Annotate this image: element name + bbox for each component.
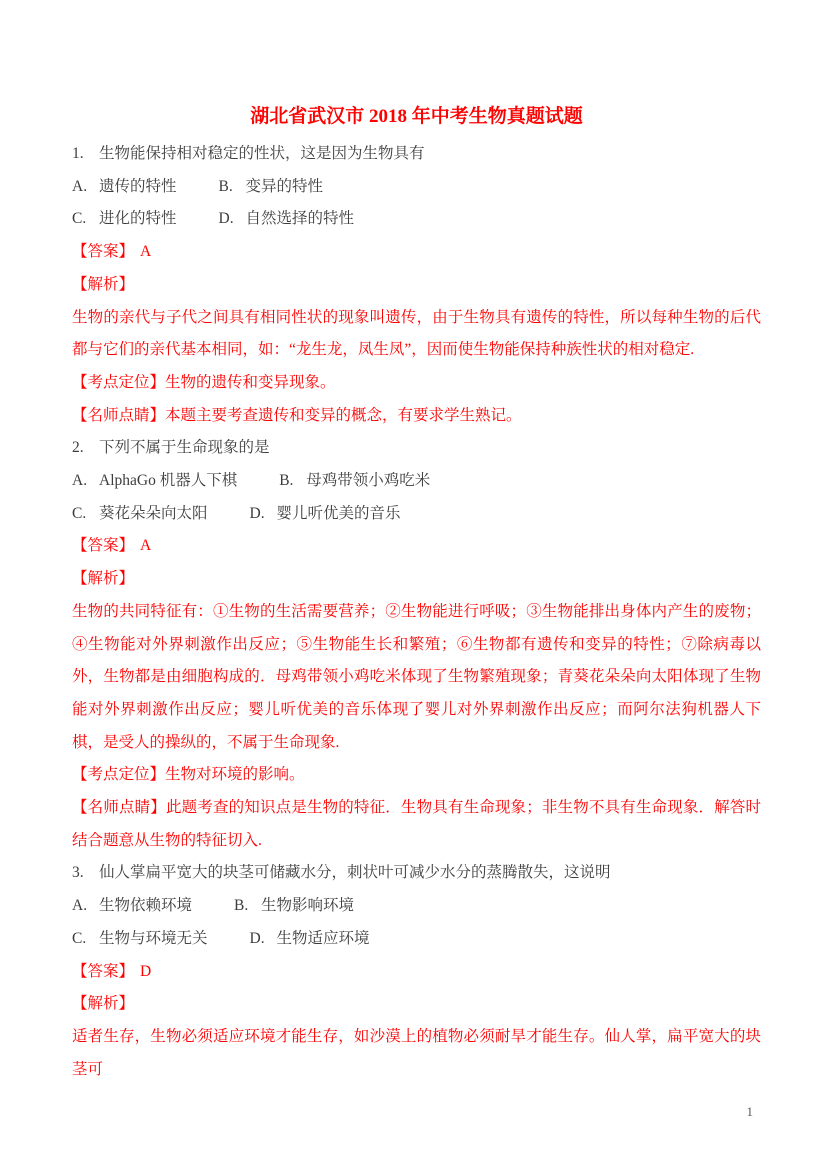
question-2-stem: 2.下列不属于生命现象的是 bbox=[72, 432, 761, 465]
question-3-analysis-text: 适者生存，生物必须适应环境才能生存，如沙漠上的植物必须耐旱才能生存。仙人掌，扁平… bbox=[72, 1021, 761, 1086]
option-text: 进化的特性 bbox=[99, 210, 177, 227]
option-c: C.葵花朵朵向太阳 bbox=[72, 505, 208, 522]
option-d: D.生物适应环境 bbox=[250, 930, 370, 947]
question-3-options-row-2: C.生物与环境无关D.生物适应环境 bbox=[72, 923, 761, 956]
option-label: A. bbox=[72, 890, 99, 923]
option-label: C. bbox=[72, 498, 99, 531]
question-1-stem: 1.生物能保持相对稳定的性状，这是因为生物具有 bbox=[72, 138, 761, 171]
analysis-label: 【解析】 bbox=[72, 276, 134, 293]
question-stem-text: 下列不属于生命现象的是 bbox=[99, 439, 270, 456]
question-2: 2.下列不属于生命现象的是 A.AlphaGo 机器人下棋B.母鸡带领小鸡吃米 … bbox=[72, 432, 761, 857]
question-2-options-row-1: A.AlphaGo 机器人下棋B.母鸡带领小鸡吃米 bbox=[72, 465, 761, 498]
option-b: B.生物影响环境 bbox=[234, 897, 354, 914]
question-1-analysis-label: 【解析】 bbox=[72, 269, 761, 302]
exam-point-label: 【考点定位】 bbox=[72, 374, 165, 391]
analysis-label: 【解析】 bbox=[72, 995, 134, 1012]
question-2-analysis-label: 【解析】 bbox=[72, 563, 761, 596]
question-3-analysis-label: 【解析】 bbox=[72, 988, 761, 1021]
teacher-note-text: 本题主要考查遗传和变异的概念，有要求学生熟记。 bbox=[165, 407, 522, 424]
question-2-teacher-note: 【名师点睛】此题考查的知识点是生物的特征．生物具有生命现象；非生物不具有生命现象… bbox=[72, 792, 761, 857]
option-text: 自然选择的特性 bbox=[246, 210, 355, 227]
question-1: 1.生物能保持相对稳定的性状，这是因为生物具有 A.遗传的特性B.变异的特性 C… bbox=[72, 138, 761, 432]
option-b: B.变异的特性 bbox=[219, 178, 324, 195]
teacher-note-label: 【名师点睛】 bbox=[72, 799, 166, 816]
document-title: 湖北省武汉市 2018 年中考生物真题试题 bbox=[72, 0, 761, 132]
option-c: C.生物与环境无关 bbox=[72, 930, 208, 947]
question-3: 3.仙人掌扁平宽大的块茎可储藏水分，刺状叶可减少水分的蒸腾散失，这说明 A.生物… bbox=[72, 857, 761, 1086]
question-3-options-row-1: A.生物依赖环境B.生物影响环境 bbox=[72, 890, 761, 923]
option-d: D.自然选择的特性 bbox=[219, 210, 355, 227]
option-a: A.生物依赖环境 bbox=[72, 897, 192, 914]
option-label: A. bbox=[72, 465, 99, 498]
question-1-options-row-2: C.进化的特性D.自然选择的特性 bbox=[72, 203, 761, 236]
option-label: B. bbox=[234, 890, 261, 923]
answer-value: A bbox=[140, 243, 151, 260]
exam-point-text: 生物的遗传和变异现象。 bbox=[165, 374, 336, 391]
page-number: 1 bbox=[747, 1102, 754, 1122]
option-c: C.进化的特性 bbox=[72, 210, 177, 227]
question-1-exam-point: 【考点定位】生物的遗传和变异现象。 bbox=[72, 367, 761, 400]
option-label: B. bbox=[279, 465, 306, 498]
answer-value: D bbox=[140, 963, 151, 980]
question-2-options-row-2: C.葵花朵朵向太阳D.婴儿听优美的音乐 bbox=[72, 498, 761, 531]
exam-point-label: 【考点定位】 bbox=[72, 766, 165, 783]
document-body: 湖北省武汉市 2018 年中考生物真题试题 1.生物能保持相对稳定的性状，这是因… bbox=[0, 0, 827, 1086]
option-label: C. bbox=[72, 203, 99, 236]
question-number: 3. bbox=[72, 857, 99, 890]
option-label: B. bbox=[219, 171, 246, 204]
option-a: A.AlphaGo 机器人下棋 bbox=[72, 472, 237, 489]
option-label: C. bbox=[72, 923, 99, 956]
question-2-answer: 【答案】A bbox=[72, 530, 761, 563]
answer-label: 【答案】 bbox=[72, 243, 134, 260]
teacher-note-label: 【名师点睛】 bbox=[72, 407, 165, 424]
analysis-label: 【解析】 bbox=[72, 570, 134, 587]
question-1-teacher-note: 【名师点睛】本题主要考查遗传和变异的概念，有要求学生熟记。 bbox=[72, 400, 761, 433]
question-number: 1. bbox=[72, 138, 99, 171]
answer-label: 【答案】 bbox=[72, 537, 134, 554]
option-b: B.母鸡带领小鸡吃米 bbox=[279, 472, 430, 489]
option-text: 生物适应环境 bbox=[277, 930, 370, 947]
option-text: 遗传的特性 bbox=[99, 178, 177, 195]
option-text: 生物依赖环境 bbox=[99, 897, 192, 914]
teacher-note-text: 此题考查的知识点是生物的特征．生物具有生命现象；非生物不具有生命现象．解答时结合… bbox=[72, 799, 761, 849]
question-2-exam-point: 【考点定位】生物对环境的影响。 bbox=[72, 759, 761, 792]
option-text: 生物与环境无关 bbox=[99, 930, 208, 947]
question-1-analysis-text: 生物的亲代与子代之间具有相同性状的现象叫遗传，由于生物具有遗传的特性，所以每种生… bbox=[72, 302, 761, 367]
question-number: 2. bbox=[72, 432, 99, 465]
option-text: 变异的特性 bbox=[246, 178, 324, 195]
answer-value: A bbox=[140, 537, 151, 554]
question-stem-text: 仙人掌扁平宽大的块茎可储藏水分，刺状叶可减少水分的蒸腾散失，这说明 bbox=[99, 864, 611, 881]
option-text: 母鸡带领小鸡吃米 bbox=[306, 472, 430, 489]
question-3-stem: 3.仙人掌扁平宽大的块茎可储藏水分，刺状叶可减少水分的蒸腾散失，这说明 bbox=[72, 857, 761, 890]
questions-container: 1.生物能保持相对稳定的性状，这是因为生物具有 A.遗传的特性B.变异的特性 C… bbox=[72, 138, 761, 1086]
question-3-answer: 【答案】D bbox=[72, 956, 761, 989]
question-stem-text: 生物能保持相对稳定的性状，这是因为生物具有 bbox=[99, 145, 425, 162]
option-text: 生物影响环境 bbox=[261, 897, 354, 914]
option-text: 婴儿听优美的音乐 bbox=[277, 505, 401, 522]
option-label: D. bbox=[250, 498, 277, 531]
option-text: AlphaGo 机器人下棋 bbox=[99, 472, 237, 489]
question-2-analysis-text: 生物的共同特征有：①生物的生活需要营养；②生物能进行呼吸；③生物能排出身体内产生… bbox=[72, 596, 761, 760]
option-d: D.婴儿听优美的音乐 bbox=[250, 505, 401, 522]
option-a: A.遗传的特性 bbox=[72, 178, 177, 195]
question-1-answer: 【答案】A bbox=[72, 236, 761, 269]
option-label: D. bbox=[219, 203, 246, 236]
option-text: 葵花朵朵向太阳 bbox=[99, 505, 208, 522]
question-1-options-row-1: A.遗传的特性B.变异的特性 bbox=[72, 171, 761, 204]
answer-label: 【答案】 bbox=[72, 963, 134, 980]
document-page: { "title": "湖北省武汉市 2018 年中考生物真题试题", "pag… bbox=[0, 0, 827, 1169]
option-label: D. bbox=[250, 923, 277, 956]
option-label: A. bbox=[72, 171, 99, 204]
exam-point-text: 生物对环境的影响。 bbox=[165, 766, 305, 783]
